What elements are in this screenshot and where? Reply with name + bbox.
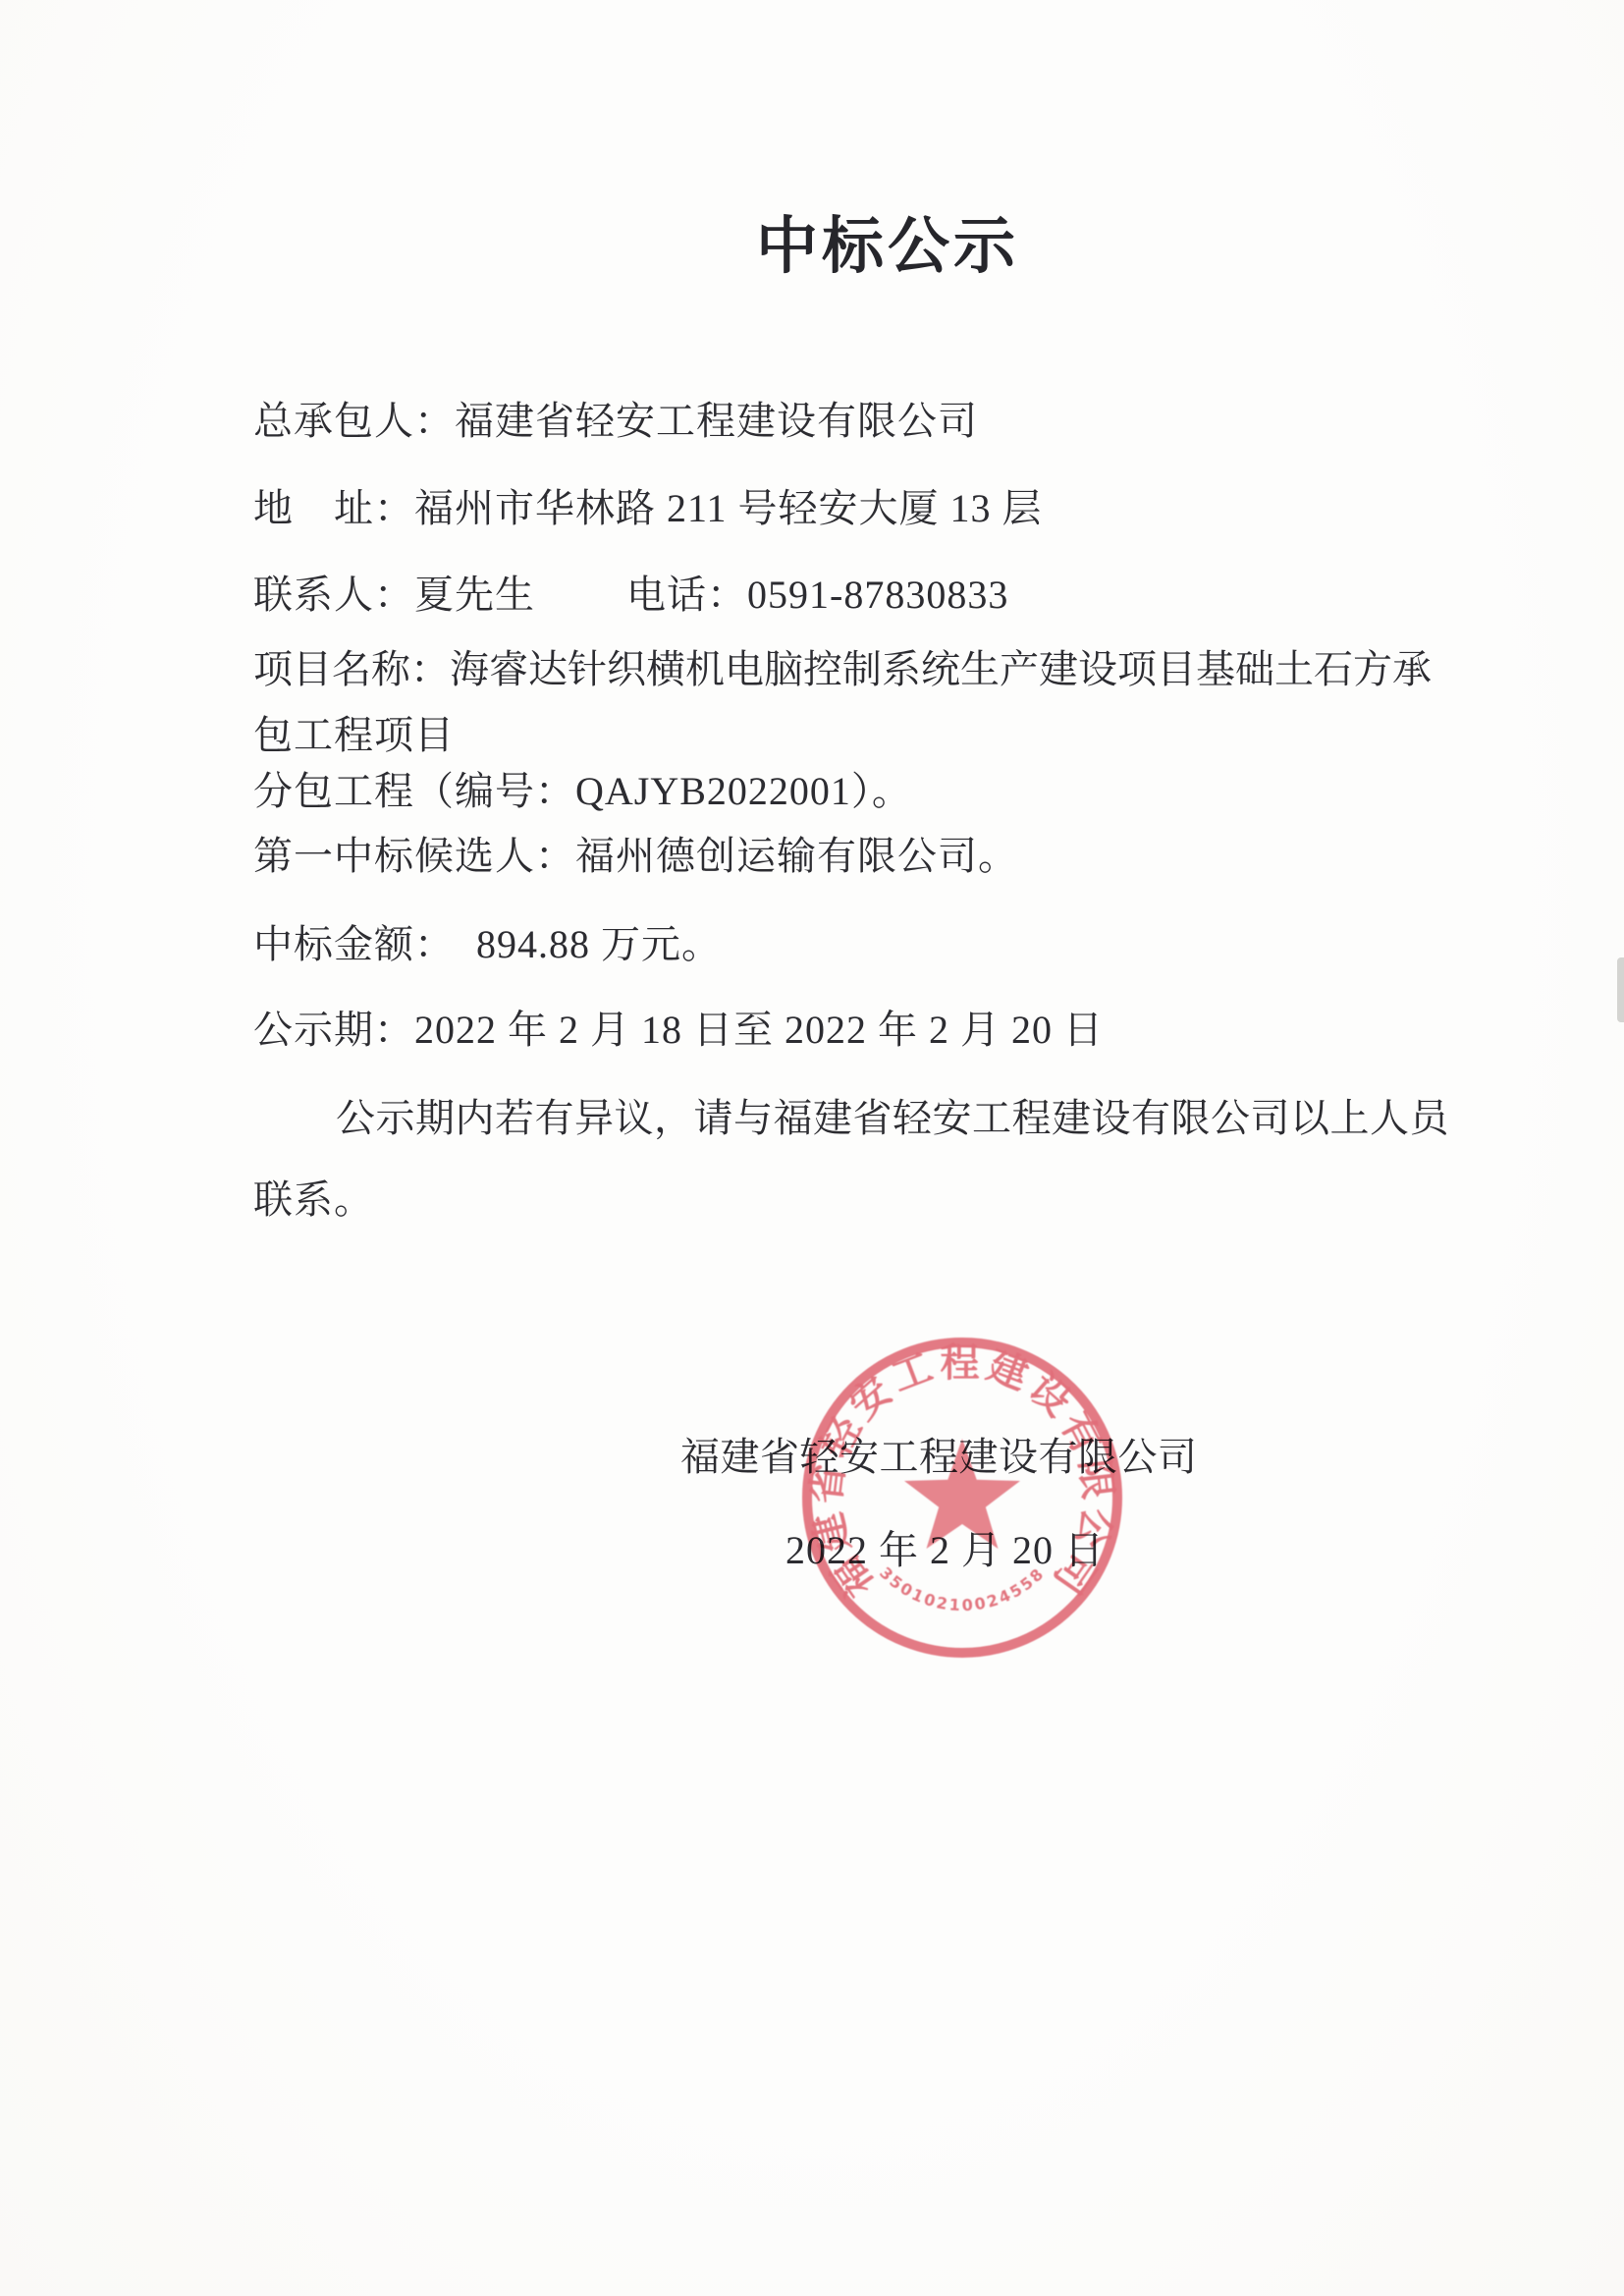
line-address: 地 址：福州市华林路 211 号轻安大厦 13 层: [253, 477, 1043, 533]
line-objection-notice-end: 联系。: [253, 1169, 374, 1225]
line-project-name-part1: 项目名称：海睿达针织横机电脑控制系统生产建设项目基础土石方承: [253, 638, 1432, 694]
document-title: 中标公示: [756, 196, 1019, 286]
line-contact-and-phone: 联系人：夏先生 电话：0591-87830833: [253, 564, 1008, 620]
line-bid-amount: 中标金额： 894.88 万元。: [253, 913, 722, 969]
line-project-name-part2: 包工程项目: [253, 704, 455, 760]
seal-number-arc-text: 35010210024558: [876, 1563, 1049, 1614]
line-general-contractor: 总承包人：福建省轻安工程建设有限公司: [253, 390, 978, 446]
scan-smudge-artifact: [1617, 957, 1624, 1022]
line-subcontract-code: 分包工程（编号：QAJYB2022001）。: [253, 760, 912, 816]
seal-star-icon: [904, 1439, 1020, 1549]
line-first-bid-candidate: 第一中标候选人：福州德创运输有限公司。: [253, 825, 1018, 881]
line-objection-notice: 公示期内若有异议，请与福建省轻安工程建设有限公司以上人员: [336, 1087, 1449, 1143]
company-seal-stamp: 福建省轻安工程建设有限公司 35010210024558: [795, 1331, 1129, 1665]
line-publicity-period: 公示期：2022 年 2 月 18 日至 2022 年 2 月 20 日: [253, 999, 1104, 1055]
scanned-document-page: 中标公示 总承包人：福建省轻安工程建设有限公司 地 址：福州市华林路 211 号…: [0, 0, 1624, 2296]
